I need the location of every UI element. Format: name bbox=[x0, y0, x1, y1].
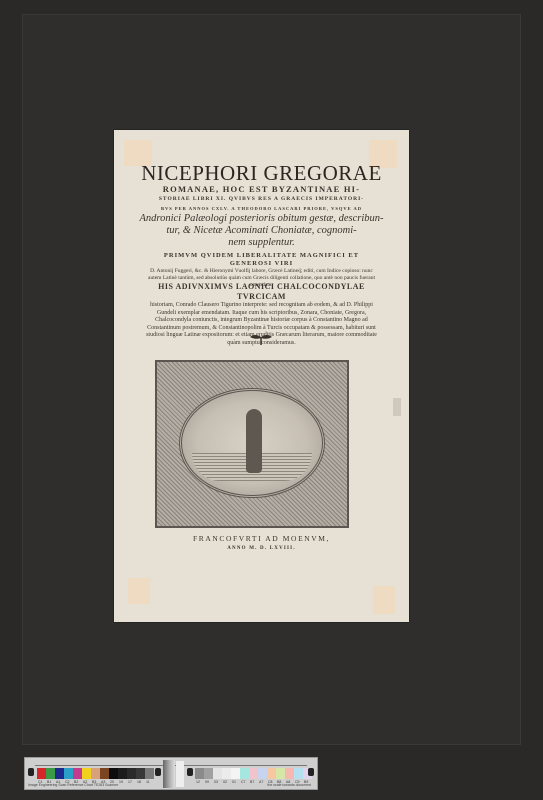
paragraph-heading: HIS ADIVNXIMVS LAONICI CHALCOCONDYLAE TV… bbox=[144, 282, 379, 302]
printers-device-woodcut bbox=[155, 360, 349, 528]
patch-label: A1 bbox=[56, 780, 60, 784]
patch-label: A8 bbox=[286, 780, 290, 784]
patch-label: 02 bbox=[223, 780, 227, 784]
page-mark bbox=[393, 398, 401, 416]
color-patch bbox=[249, 768, 258, 779]
hand-pointer-icon bbox=[155, 768, 161, 776]
color-patch bbox=[37, 768, 46, 779]
color-patch bbox=[64, 768, 73, 779]
color-patch bbox=[258, 768, 267, 779]
color-patch bbox=[231, 768, 240, 779]
patch-label: 20 bbox=[110, 780, 114, 784]
patch-label: A3 bbox=[101, 780, 105, 784]
patch-label: A2 bbox=[83, 780, 87, 784]
title-page: NICEPHORI GREGORAE ROMANAE, HOC EST BYZA… bbox=[114, 130, 409, 622]
patch-label: C7 bbox=[241, 780, 245, 784]
patch-label: 12 bbox=[196, 780, 200, 784]
subtitle-line: Andronici Palæologi posterioris obitum g… bbox=[114, 213, 409, 225]
tape-patch bbox=[128, 578, 150, 604]
patch-label: 11 bbox=[146, 780, 150, 784]
patch-label: C2 bbox=[65, 780, 69, 784]
color-patch bbox=[276, 768, 285, 779]
color-patch bbox=[267, 768, 276, 779]
main-title: NICEPHORI GREGORAE bbox=[114, 162, 409, 184]
patch-label: B1 bbox=[47, 780, 51, 784]
color-patch bbox=[73, 768, 82, 779]
color-patch bbox=[204, 768, 213, 779]
color-patch bbox=[46, 768, 55, 779]
patch-label: 01 bbox=[232, 780, 236, 784]
subtitle-line: tur, & Nicetæ Acominati Choniatæ, cognom… bbox=[114, 225, 409, 237]
left-color-patches bbox=[37, 768, 154, 779]
patch-label: 19 bbox=[119, 780, 123, 784]
imprint-year: ANNO M. D. LXVIII. bbox=[114, 546, 409, 551]
color-patch bbox=[82, 768, 91, 779]
title-block: NICEPHORI GREGORAE ROMANAE, HOC EST BYZA… bbox=[114, 162, 409, 249]
right-color-patches bbox=[195, 768, 312, 779]
hand-pointer-icon bbox=[187, 768, 193, 776]
woodcut-medallion bbox=[179, 388, 325, 498]
subtitle-line: STORIAE LIBRI XI. QVIBVS RES A GRAECIS I… bbox=[114, 195, 409, 204]
subtitle-line: BVS PER ANNOS CXLV. A THEODORO LASCARI P… bbox=[114, 204, 409, 213]
color-patch bbox=[240, 768, 249, 779]
patch-label: B8 bbox=[277, 780, 281, 784]
color-patch bbox=[91, 768, 100, 779]
color-patch bbox=[222, 768, 231, 779]
color-calibration-target: Image Engineering Scan Reference Chart T… bbox=[24, 757, 318, 790]
patch-label: 18 bbox=[137, 780, 141, 784]
patch-label: B2 bbox=[74, 780, 78, 784]
gray-scale-labels bbox=[176, 761, 184, 787]
color-patch bbox=[145, 768, 154, 779]
imprint-city: FRANCOFVRTI AD MOENVM, bbox=[114, 534, 409, 543]
patch-label: B9 bbox=[304, 780, 308, 784]
color-patch bbox=[136, 768, 145, 779]
hand-pointer-icon bbox=[28, 768, 34, 776]
patch-label: C8 bbox=[268, 780, 272, 784]
color-patch bbox=[213, 768, 222, 779]
patch-label: B7 bbox=[250, 780, 254, 784]
patch-label: C9 bbox=[295, 780, 299, 784]
color-patch bbox=[55, 768, 64, 779]
hand-pointer-icon bbox=[308, 768, 314, 776]
paragraph-heading: PRIMVM QVIDEM LIBERALITATE MAGNIFICI ET … bbox=[144, 252, 379, 268]
color-patch bbox=[127, 768, 136, 779]
color-patch bbox=[118, 768, 127, 779]
tape-patch bbox=[373, 586, 395, 614]
fleuron-ornament-icon bbox=[248, 333, 274, 345]
patch-label: B3 bbox=[92, 780, 96, 784]
color-patch bbox=[294, 768, 303, 779]
subtitle-line: ROMANAE, HOC EST BYZANTINAE HI- bbox=[114, 184, 409, 195]
color-patch bbox=[195, 768, 204, 779]
patch-label: A7 bbox=[259, 780, 263, 784]
patch-label: 03 bbox=[214, 780, 218, 784]
woodcut-figure bbox=[246, 409, 262, 473]
gray-scale-strip bbox=[163, 760, 175, 788]
patch-label: C1 bbox=[38, 780, 42, 784]
patch-label: 17 bbox=[128, 780, 132, 784]
subtitle-line: nem supplentur. bbox=[114, 237, 409, 249]
patch-label: 09 bbox=[205, 780, 209, 784]
color-patch bbox=[285, 768, 294, 779]
color-patch bbox=[109, 768, 118, 779]
color-patch bbox=[100, 768, 109, 779]
